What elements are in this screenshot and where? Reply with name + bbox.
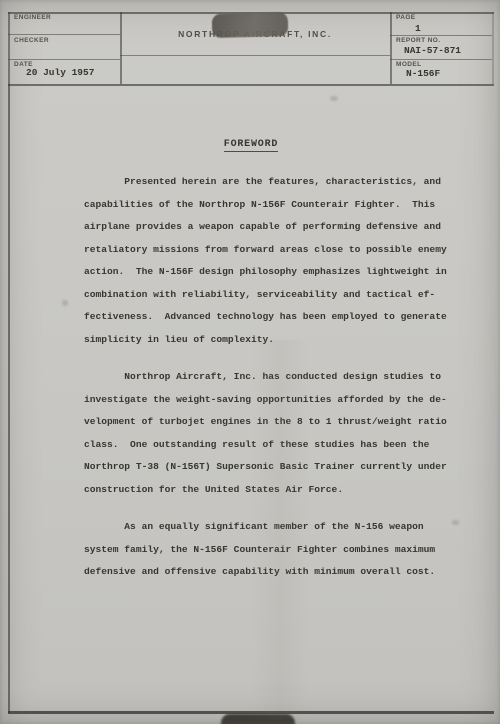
form-divider-left <box>120 12 122 84</box>
report-no-label: REPORT NO. <box>396 37 440 44</box>
binder-mark <box>221 714 295 724</box>
engineer-label: ENGINEER <box>14 14 51 21</box>
form-row-line <box>390 59 492 60</box>
scanned-page: ENGINEER CHECKER DATE 20 July 1957 NORTH… <box>0 0 500 724</box>
page-number: 1 <box>415 23 421 34</box>
report-no-value: NAI-57-871 <box>404 45 461 56</box>
paragraph: As an equally significant member of the … <box>84 516 446 584</box>
redaction-stamp <box>212 12 289 38</box>
model-label: MODEL <box>396 61 421 68</box>
paragraph: Presented herein are the features, chara… <box>84 171 446 351</box>
paragraph: Northrop Aircraft, Inc. has conducted de… <box>84 366 446 501</box>
scan-speck <box>330 96 338 101</box>
model-value: N-156F <box>406 68 440 79</box>
scan-speck <box>62 300 68 306</box>
page-border-left <box>8 84 10 713</box>
form-right-border <box>492 12 494 84</box>
form-row-line <box>8 59 120 60</box>
form-row-line <box>8 34 120 35</box>
scan-speck <box>452 520 459 525</box>
form-row-line <box>390 35 492 36</box>
page-label: PAGE <box>396 14 416 21</box>
form-left-border <box>8 12 10 84</box>
document-body: FOREWORD Presented herein are the featur… <box>84 139 446 599</box>
form-bottom-border <box>8 84 494 86</box>
date-value: 20 July 1957 <box>26 67 94 78</box>
form-row-line <box>120 55 390 56</box>
document-title: FOREWORD <box>70 139 432 151</box>
form-divider-right <box>390 12 392 84</box>
checker-label: CHECKER <box>14 37 49 44</box>
